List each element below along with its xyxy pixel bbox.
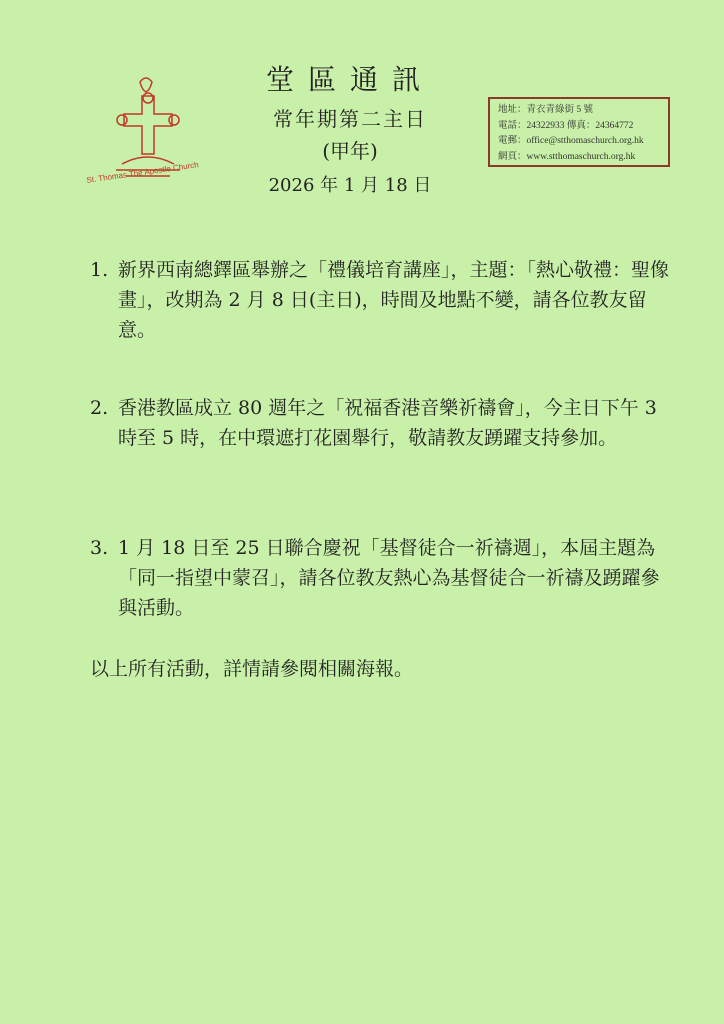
notice-item: 1. 新界西南總鐸區舉辦之「禮儀培育講座」，主題：「熱心敬禮：聖像畫」，改期為 …: [90, 255, 670, 345]
address: 地址：青衣青綠街 5 號: [498, 103, 660, 119]
website: 網頁：www.stthomaschurch.org.hk: [498, 150, 660, 166]
notice-item: 3. 1 月 18 日至 25 日聯合慶祝「基督徒合一祈禱週」，本屆主題為「同一…: [90, 533, 670, 623]
liturgical-year: (甲年): [240, 135, 460, 164]
page-title: 堂區通訊: [240, 58, 460, 98]
phone-fax: 電話：24322933 傳真：24364772: [498, 119, 660, 135]
date: 2026 年 1 月 18 日: [240, 171, 460, 197]
subtitle: 常年期第二主日: [240, 103, 460, 132]
notice-item: 2. 香港教區成立 80 週年之「祝福香港音樂祈禱會」，今主日下午 3 時至 5…: [90, 393, 670, 453]
contact-box: 地址：青衣青綠街 5 號 電話：24322933 傳真：24364772 電郵：…: [488, 97, 670, 167]
footer-note: 以上所有活動，詳情請參閱相關海報。: [90, 654, 413, 681]
email: 電郵：office@stthomaschurch.org.hk: [498, 134, 660, 150]
